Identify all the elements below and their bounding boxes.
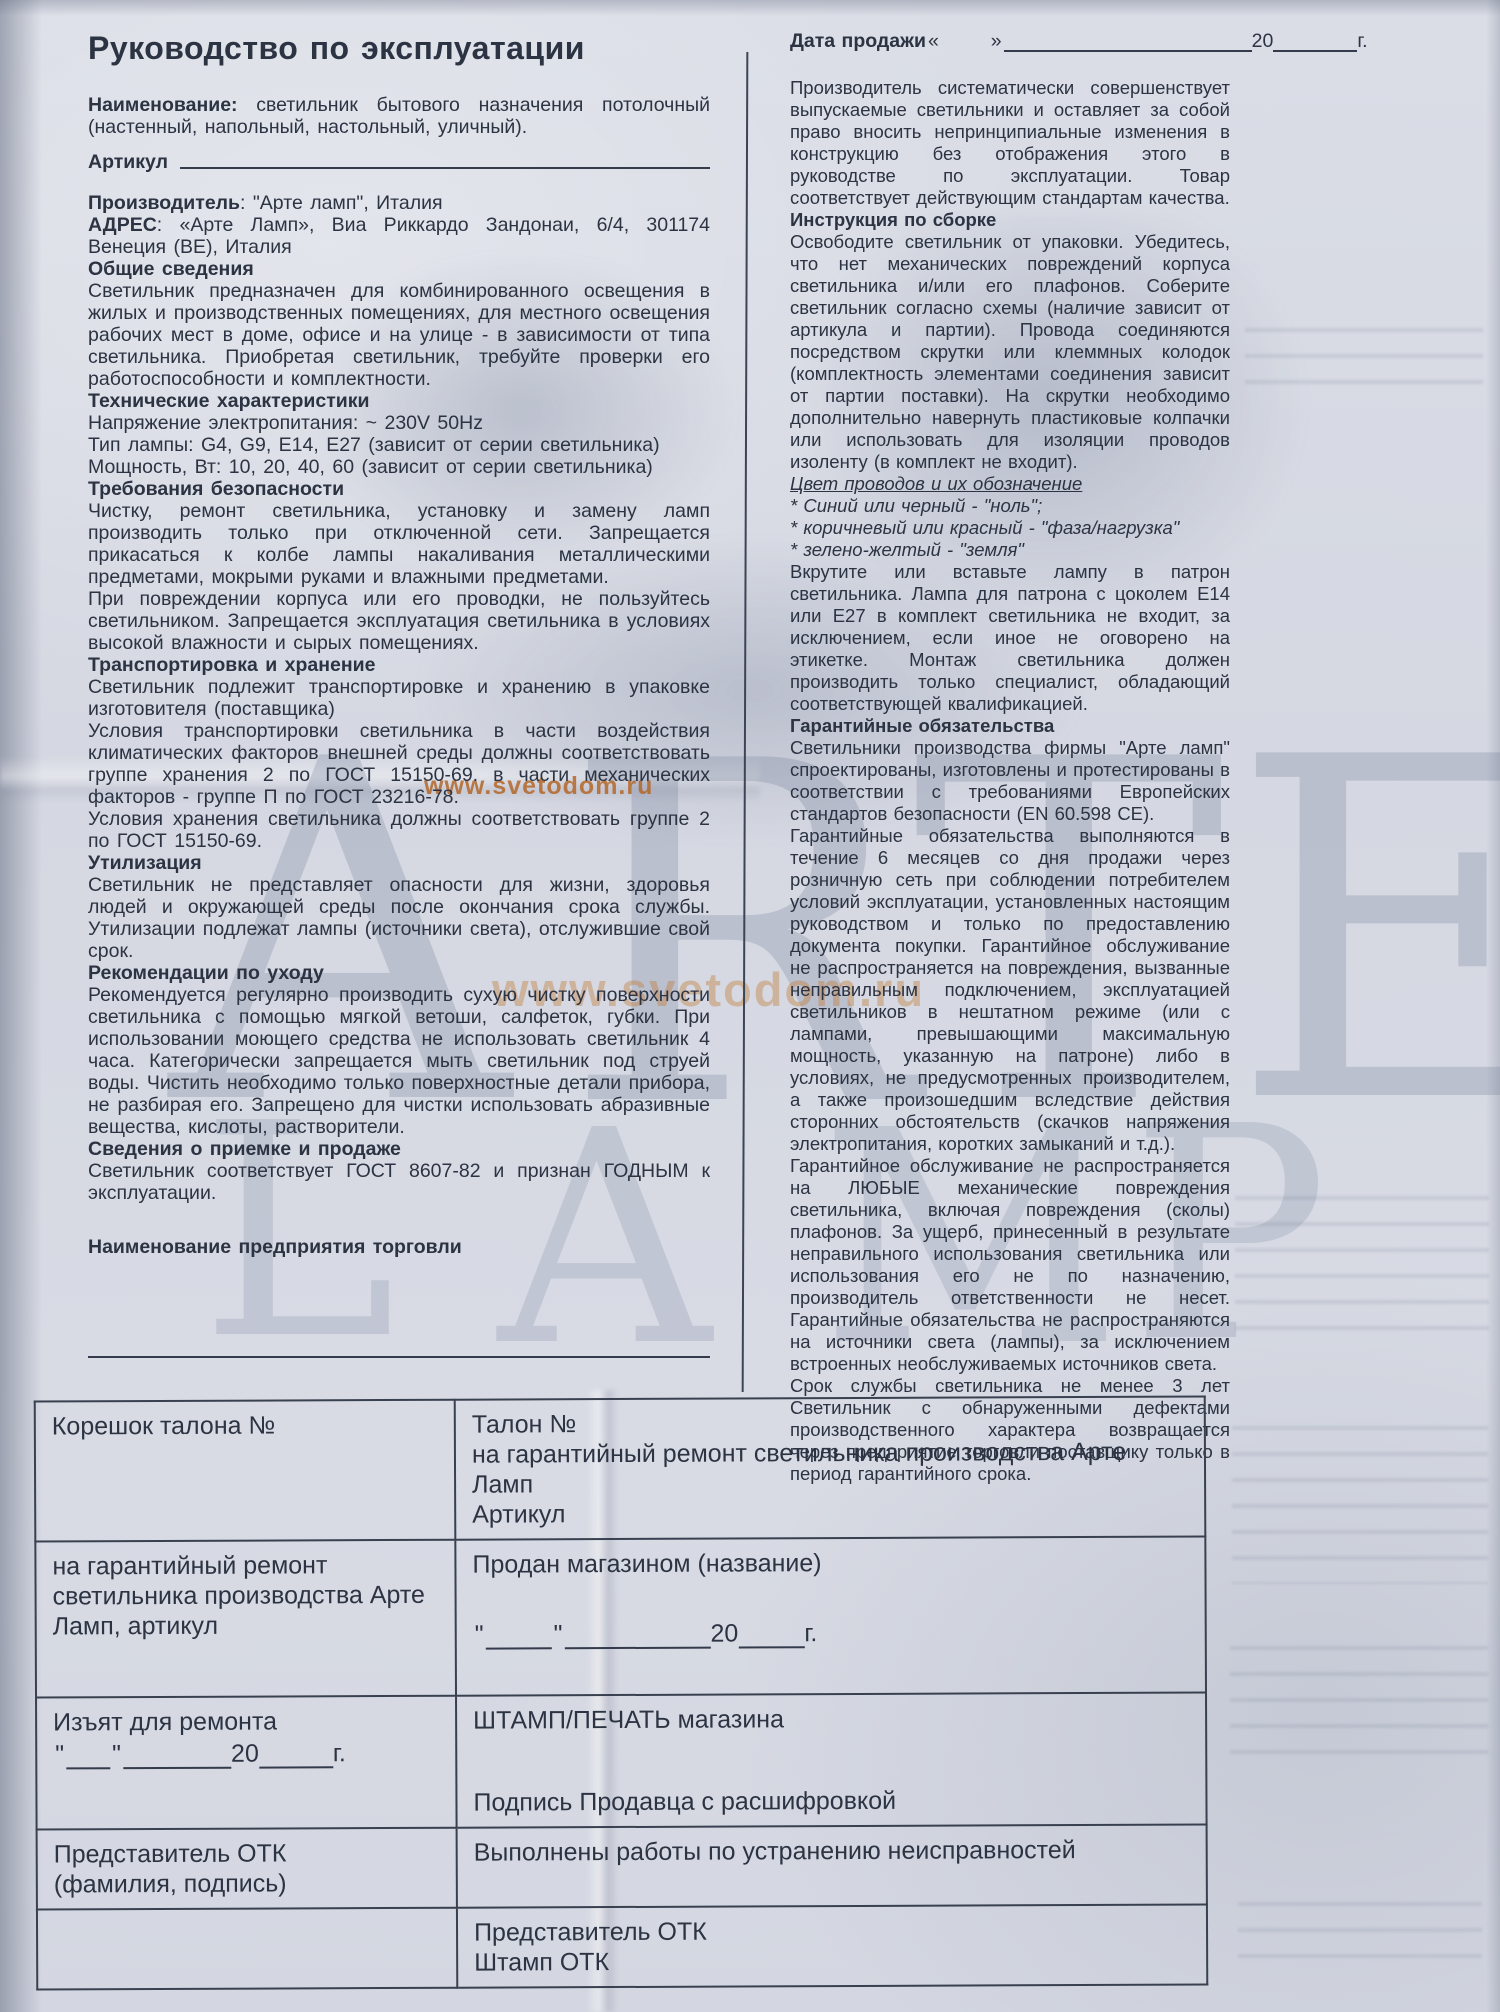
section-transport-heading: Транспортировка и хранение [88, 654, 710, 676]
section-assembly-heading: Инструкция по сборке [790, 209, 1230, 231]
sku-label: Артикул [88, 151, 168, 173]
removed-for-repair-label: Изъят для ремонта [53, 1706, 439, 1738]
sale-date-line: Дата продажи « » 20 г. [790, 30, 1390, 52]
quote-mark: " [552, 1619, 565, 1649]
sold-by-label: Продан магазином (название) [472, 1547, 1188, 1580]
transport-text-1: Светильник подлежит транспортировке и хр… [88, 676, 710, 720]
lamp-install-text: Вкрутите или вставьте лампу в патрон све… [790, 561, 1230, 715]
otk-representative-label: Представитель ОТК [474, 1915, 1190, 1948]
year-prefix: 20 [1252, 30, 1274, 52]
wire-color-phase: * коричневый или красный - "фаза/нагрузк… [790, 517, 1230, 539]
sale-date-label: Дата продажи [790, 30, 926, 52]
year-prefix: 20 [710, 1618, 738, 1648]
year-prefix: 20 [231, 1739, 259, 1769]
watermark-letter: E [1230, 698, 1500, 1168]
section-acceptance-heading: Сведения о приемке и продаже [88, 1138, 710, 1160]
section-care-heading: Рекомендации по уходу [88, 962, 710, 984]
table-row: Корешок талона № Талон № на гарантийный … [35, 1396, 1206, 1541]
section-safety-heading: Требования безопасности [88, 478, 710, 500]
sale-month-blank-line [1004, 32, 1252, 52]
quote-open: « [926, 30, 941, 52]
wire-colors-heading: Цвет проводов и их обозначение [790, 473, 1230, 495]
warranty-text-3: Гарантийное обслуживание не распространя… [790, 1155, 1230, 1375]
section-general-heading: Общие сведения [88, 258, 710, 280]
manufacturer-label: Производитель [88, 192, 240, 214]
work-done-label: Выполнены работы по устранению неисправн… [474, 1835, 1190, 1868]
sku-line: Артикул [88, 151, 710, 173]
coupon-sku-label: Артикул [472, 1497, 1188, 1530]
otk-representative-sublabel: (фамилия, подпись) [54, 1868, 440, 1900]
tech-power-line: Мощность, Вт: 10, 20, 40, 60 (зависит от… [88, 456, 710, 478]
shop-stamp-label: ШТАМП/ПЕЧАТЬ магазина [473, 1703, 1189, 1736]
tech-voltage-line: Напряжение электропитания: ~ 230V 50Hz [88, 412, 710, 434]
quote-mark: " [53, 1739, 66, 1769]
care-text: Рекомендуется регулярно производить суху… [88, 984, 710, 1138]
safety-text-1: Чистку, ремонт светильника, установку и … [88, 500, 710, 588]
safety-text-2: При повреждении корпуса или его проводки… [88, 588, 710, 654]
year-suffix: г. [804, 1618, 817, 1648]
bleed-through-artifact [1235, 1196, 1489, 1330]
coupon-number-label: Талон № [472, 1407, 1188, 1440]
page-title: Руководство по эксплуатации [88, 30, 710, 67]
otk-stamp-cell: Представитель ОТК Штамп ОТК [457, 1904, 1207, 1987]
year-suffix: г. [333, 1738, 346, 1768]
sold-by-cell: Продан магазином (название) " " 20 г. [455, 1536, 1206, 1695]
table-row: Изъят для ремонта " " 20 г. ШТАМП/ПЕЧАТЬ… [36, 1692, 1207, 1829]
right-column: Дата продажи « » 20 г. Производитель сис… [790, 30, 1230, 1485]
sold-date-line: " " 20 г. [473, 1617, 1189, 1650]
address-label: АДРЕС [88, 214, 157, 236]
warranty-text-2: Гарантийные обязательства выполняются в … [790, 825, 1230, 1155]
otk-representative-cell: Представитель ОТК (фамилия, подпись) [37, 1828, 457, 1910]
address-line: АДРЕС: «Арте Ламп», Виа Риккардо Зандона… [88, 214, 710, 258]
paper-edge-shadow-top [0, 0, 1500, 16]
coupon-stub-label: Корешок талона № [52, 1410, 438, 1442]
store-name-heading: Наименование предприятия торговли [88, 1236, 710, 1258]
manufacturer-value: : "Арте ламп", Италия [240, 192, 443, 214]
coupon-purpose-label: на гарантийный ремонт светильника произв… [472, 1437, 1188, 1500]
bleed-through-artifact [1230, 1646, 1488, 1758]
tech-lamp-type-line: Тип лампы: G4, G9, Е14, Е27 (зависит от … [88, 434, 710, 456]
section-tech-heading: Технические характеристики [88, 390, 710, 412]
scanned-manual-page: A R T E L A M P www.svetodom.ru www.svet… [0, 0, 1500, 2012]
transport-text-2: Условия транспортировки светильника в ча… [88, 720, 710, 808]
column-divider-line [742, 52, 749, 1392]
sold-day-blank-line [486, 1629, 552, 1649]
repair-date-line: " " 20 г. [53, 1738, 439, 1770]
acceptance-text: Светильник соответствует ГОСТ 8607-82 и … [88, 1160, 710, 1204]
section-general-text: Светильник предназначен для комбинирован… [88, 280, 710, 390]
sale-year-blank-line [1273, 32, 1357, 52]
quote-close: » [989, 30, 1004, 52]
section-disposal-heading: Утилизация [88, 852, 710, 874]
store-name-blank-line [88, 1356, 710, 1358]
assembly-text: Освободите светильник от упаковки. Убеди… [790, 231, 1230, 473]
manufacturer-line: Производитель: "Арте ламп", Италия [88, 192, 710, 214]
sku-blank-line [180, 151, 710, 169]
table-row: Представитель ОТК Штамп ОТК [37, 1904, 1207, 1989]
sold-year-blank-line [738, 1628, 804, 1648]
year-suffix: г. [1357, 30, 1367, 52]
otk-stamp-label: Штамп ОТК [474, 1945, 1190, 1978]
empty-cell [37, 1908, 457, 1990]
manufacturer-notice-text: Производитель систематически совершенств… [790, 77, 1230, 209]
disposal-text: Светильник не представляет опасности для… [88, 874, 710, 962]
otk-representative-label: Представитель ОТК [54, 1838, 440, 1870]
product-name-label: Наименование: [88, 94, 238, 116]
bleed-through-artifact [1232, 1426, 1488, 1584]
quote-mark: " [110, 1739, 123, 1769]
shop-stamp-cell-content: ШТАМП/ПЕЧАТЬ магазина Подпись Продавца с… [473, 1703, 1189, 1818]
left-column: Руководство по эксплуатации Наименование… [88, 30, 710, 1358]
wire-color-neutral: * Синий или черный - "ноль"; [790, 495, 1230, 517]
product-name-line: Наименование: светильник бытового назнач… [88, 94, 710, 138]
stub-purpose-label: на гарантийный ремонт светильника произв… [52, 1550, 438, 1642]
bleed-through-artifact [1245, 328, 1483, 394]
warranty-text-1: Светильники производства фирмы "Арте лам… [790, 737, 1230, 825]
section-warranty-heading: Гарантийные обязательства [790, 715, 1230, 737]
removed-for-repair-cell: Изъят для ремонта " " 20 г. [36, 1696, 457, 1830]
shop-stamp-cell: ШТАМП/ПЕЧАТЬ магазина Подпись Продавца с… [456, 1692, 1207, 1827]
work-done-cell: Выполнены работы по устранению неисправн… [457, 1824, 1207, 1907]
table-row: Представитель ОТК (фамилия, подпись) Вып… [37, 1824, 1207, 1909]
repair-day-blank-line [66, 1749, 110, 1769]
quote-mark: " [473, 1620, 486, 1650]
coupon-stub-header-cell: Корешок талона № [35, 1400, 456, 1542]
coupon-header-cell: Талон № на гарантийный ремонт светильник… [455, 1396, 1206, 1539]
wire-color-ground: * зелено-желтый - "земля" [790, 539, 1230, 561]
address-value: : «Арте Ламп», Виа Риккардо Зандонаи, 6/… [88, 214, 710, 258]
table-row: на гарантийный ремонт светильника произв… [35, 1536, 1206, 1697]
sold-month-blank-line [564, 1629, 710, 1650]
repair-month-blank-line [123, 1749, 231, 1769]
stub-purpose-cell: на гарантийный ремонт светильника произв… [35, 1540, 456, 1698]
transport-text-3: Условия хранения светильника должны соот… [88, 808, 710, 852]
warranty-coupon-table: Корешок талона № Талон № на гарантийный … [34, 1395, 1209, 1990]
paper-edge-shadow-right [1486, 0, 1500, 2012]
seller-signature-label: Подпись Продавца с расшифровкой [473, 1785, 1189, 1818]
bleed-through-artifact [1238, 1902, 1482, 1978]
repair-year-blank-line [259, 1748, 333, 1768]
